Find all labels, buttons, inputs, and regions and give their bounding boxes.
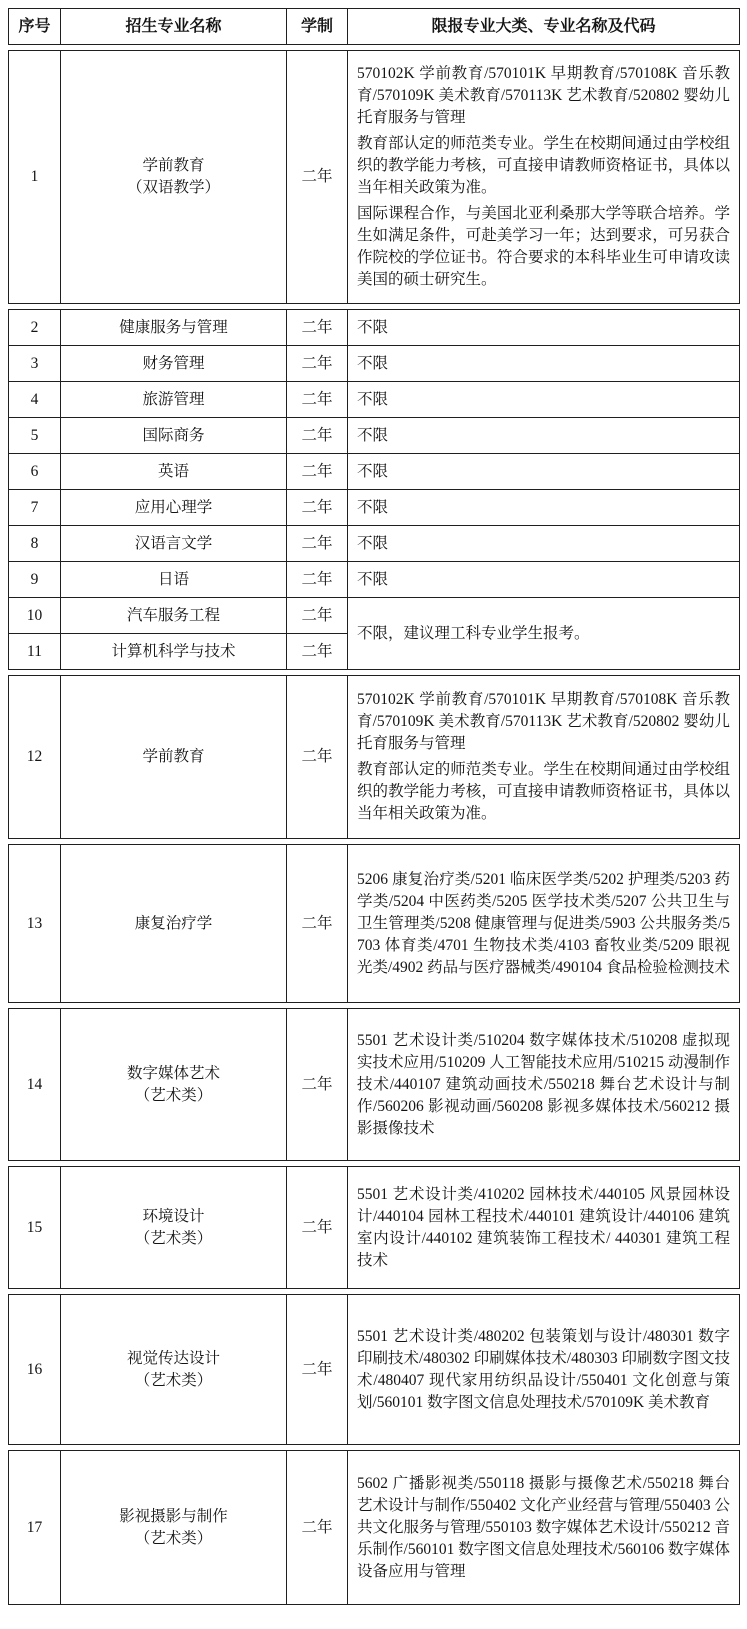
major-name-main: 影视摄影与制作 [67,1506,280,1528]
duration: 二年 [287,418,348,454]
row-number: 5 [9,418,61,454]
row-number: 4 [9,382,61,418]
table-block-row-13: 13 康复治疗学 二年 5206 康复治疗类/5201 临床医学类/5202 护… [8,844,740,1003]
restriction-text: 5206 康复治疗类/5201 临床医学类/5202 护理类/5203 药学类/… [348,845,740,1003]
major-name: 环境设计 （艺术类） [61,1167,287,1289]
admission-majors-table-page: 序号 招生专业名称 学制 限报专业大类、专业名称及代码 1 学前教育 （双语教学… [0,0,747,1629]
duration: 二年 [287,1451,348,1605]
major-name: 学前教育 （双语教学） [61,51,287,304]
table-row: 6 英语 二年 不限 [9,454,740,490]
row-number: 14 [9,1009,61,1161]
row-number: 2 [9,310,61,346]
table-block-row-15: 15 环境设计 （艺术类） 二年 5501 艺术设计类/410202 园林技术/… [8,1166,740,1289]
major-name: 学前教育 [61,676,287,839]
table-row: 5 国际商务 二年 不限 [9,418,740,454]
restriction-text: 不限 [348,346,740,382]
major-name-sub: （艺术类） [67,1228,280,1250]
table-row: 10 汽车服务工程 二年 不限，建议理工科专业学生报考。 [9,598,740,634]
table-row: 14 数字媒体艺术 （艺术类） 二年 5501 艺术设计类/510204 数字媒… [9,1009,740,1161]
row-number: 9 [9,562,61,598]
restriction-paragraph: 570102K 学前教育/570101K 早期教育/570108K 音乐教育/5… [357,63,730,129]
header-cell-duration: 学制 [287,9,348,45]
major-name: 英语 [61,454,287,490]
duration: 二年 [287,562,348,598]
duration: 二年 [287,382,348,418]
major-name: 日语 [61,562,287,598]
restriction-paragraph: 570102K 学前教育/570101K 早期教育/570108K 音乐教育/5… [357,689,730,755]
major-name-sub: （双语教学） [67,177,280,199]
restriction-text: 不限 [348,526,740,562]
row-number: 10 [9,598,61,634]
duration: 二年 [287,1295,348,1445]
restriction-text: 不限 [348,454,740,490]
major-name: 康复治疗学 [61,845,287,1003]
table-block-row-1: 1 学前教育 （双语教学） 二年 570102K 学前教育/570101K 早期… [8,50,740,304]
duration: 二年 [287,676,348,839]
header-cell-no: 序号 [9,9,61,45]
major-name-sub: （艺术类） [67,1370,280,1392]
row-number: 16 [9,1295,61,1445]
row-number: 11 [9,634,61,670]
duration: 二年 [287,490,348,526]
major-name-main: 环境设计 [67,1206,280,1228]
row-number: 7 [9,490,61,526]
restriction-paragraph: 国际课程合作，与美国北亚利桑那大学等联合培养。学生如满足条件，可赴美学习一年；达… [357,203,730,291]
restriction-paragraph: 教育部认定的师范类专业。学生在校期间通过由学校组织的教学能力考核，可直接申请教师… [357,133,730,199]
major-name: 视觉传达设计 （艺术类） [61,1295,287,1445]
duration: 二年 [287,454,348,490]
restriction-text: 不限 [348,562,740,598]
restriction-text: 5602 广播影视类/550118 摄影与摄像艺术/550218 舞台艺术设计与… [348,1451,740,1605]
restriction-text: 5501 艺术设计类/410202 园林技术/440105 风景园林设计/440… [348,1167,740,1289]
table-row: 7 应用心理学 二年 不限 [9,490,740,526]
row-number: 17 [9,1451,61,1605]
major-name: 国际商务 [61,418,287,454]
table-row: 13 康复治疗学 二年 5206 康复治疗类/5201 临床医学类/5202 护… [9,845,740,1003]
restriction-text: 不限 [348,382,740,418]
duration: 二年 [287,634,348,670]
duration: 二年 [287,51,348,304]
row-number: 13 [9,845,61,1003]
major-name: 旅游管理 [61,382,287,418]
major-name-sub: （艺术类） [67,1085,280,1107]
table-block-row-12: 12 学前教育 二年 570102K 学前教育/570101K 早期教育/570… [8,675,740,839]
restriction-text: 5501 艺术设计类/480202 包装策划与设计/480301 数字印刷技术/… [348,1295,740,1445]
major-name: 计算机科学与技术 [61,634,287,670]
table-block-rows-2-11: 2 健康服务与管理 二年 不限 3 财务管理 二年 不限 4 旅游管理 二年 不… [8,309,740,670]
header-row: 序号 招生专业名称 学制 限报专业大类、专业名称及代码 [9,9,740,45]
major-name-main: 学前教育 [67,155,280,177]
table-row: 3 财务管理 二年 不限 [9,346,740,382]
restriction-paragraph: 教育部认定的师范类专业。学生在校期间通过由学校组织的教学能力考核，可直接申请教师… [357,759,730,825]
major-name: 数字媒体艺术 （艺术类） [61,1009,287,1161]
major-name-sub: （艺术类） [67,1528,280,1550]
major-name: 健康服务与管理 [61,310,287,346]
table-row: 15 环境设计 （艺术类） 二年 5501 艺术设计类/410202 园林技术/… [9,1167,740,1289]
row-number: 8 [9,526,61,562]
table-row: 8 汉语言文学 二年 不限 [9,526,740,562]
major-name: 汉语言文学 [61,526,287,562]
table-row: 1 学前教育 （双语教学） 二年 570102K 学前教育/570101K 早期… [9,51,740,304]
restriction-text: 570102K 学前教育/570101K 早期教育/570108K 音乐教育/5… [348,676,740,839]
row-number: 12 [9,676,61,839]
table-row: 2 健康服务与管理 二年 不限 [9,310,740,346]
header-cell-major: 招生专业名称 [61,9,287,45]
major-name-main: 视觉传达设计 [67,1348,280,1370]
row-number: 1 [9,51,61,304]
table-block-row-17: 17 影视摄影与制作 （艺术类） 二年 5602 广播影视类/550118 摄影… [8,1450,740,1605]
duration: 二年 [287,845,348,1003]
restriction-text: 不限 [348,310,740,346]
duration: 二年 [287,310,348,346]
duration: 二年 [287,346,348,382]
major-name-main: 数字媒体艺术 [67,1063,280,1085]
duration: 二年 [287,1167,348,1289]
restriction-text: 不限 [348,418,740,454]
header-cell-restriction: 限报专业大类、专业名称及代码 [348,9,740,45]
major-name: 财务管理 [61,346,287,382]
duration: 二年 [287,1009,348,1161]
table-row: 16 视觉传达设计 （艺术类） 二年 5501 艺术设计类/480202 包装策… [9,1295,740,1445]
table-row: 9 日语 二年 不限 [9,562,740,598]
row-number: 3 [9,346,61,382]
table-block-row-16: 16 视觉传达设计 （艺术类） 二年 5501 艺术设计类/480202 包装策… [8,1294,740,1445]
duration: 二年 [287,598,348,634]
restriction-text: 不限 [348,490,740,526]
restriction-text: 5501 艺术设计类/510204 数字媒体技术/510208 虚拟现实技术应用… [348,1009,740,1161]
major-name: 影视摄影与制作 （艺术类） [61,1451,287,1605]
table-row: 12 学前教育 二年 570102K 学前教育/570101K 早期教育/570… [9,676,740,839]
duration: 二年 [287,526,348,562]
restriction-text-merged: 不限，建议理工科专业学生报考。 [348,598,740,670]
table-header: 序号 招生专业名称 学制 限报专业大类、专业名称及代码 [8,8,740,45]
major-name: 应用心理学 [61,490,287,526]
major-name: 汽车服务工程 [61,598,287,634]
row-number: 15 [9,1167,61,1289]
table-block-row-14: 14 数字媒体艺术 （艺术类） 二年 5501 艺术设计类/510204 数字媒… [8,1008,740,1161]
table-row: 4 旅游管理 二年 不限 [9,382,740,418]
row-number: 6 [9,454,61,490]
table-row: 17 影视摄影与制作 （艺术类） 二年 5602 广播影视类/550118 摄影… [9,1451,740,1605]
restriction-text: 570102K 学前教育/570101K 早期教育/570108K 音乐教育/5… [348,51,740,304]
